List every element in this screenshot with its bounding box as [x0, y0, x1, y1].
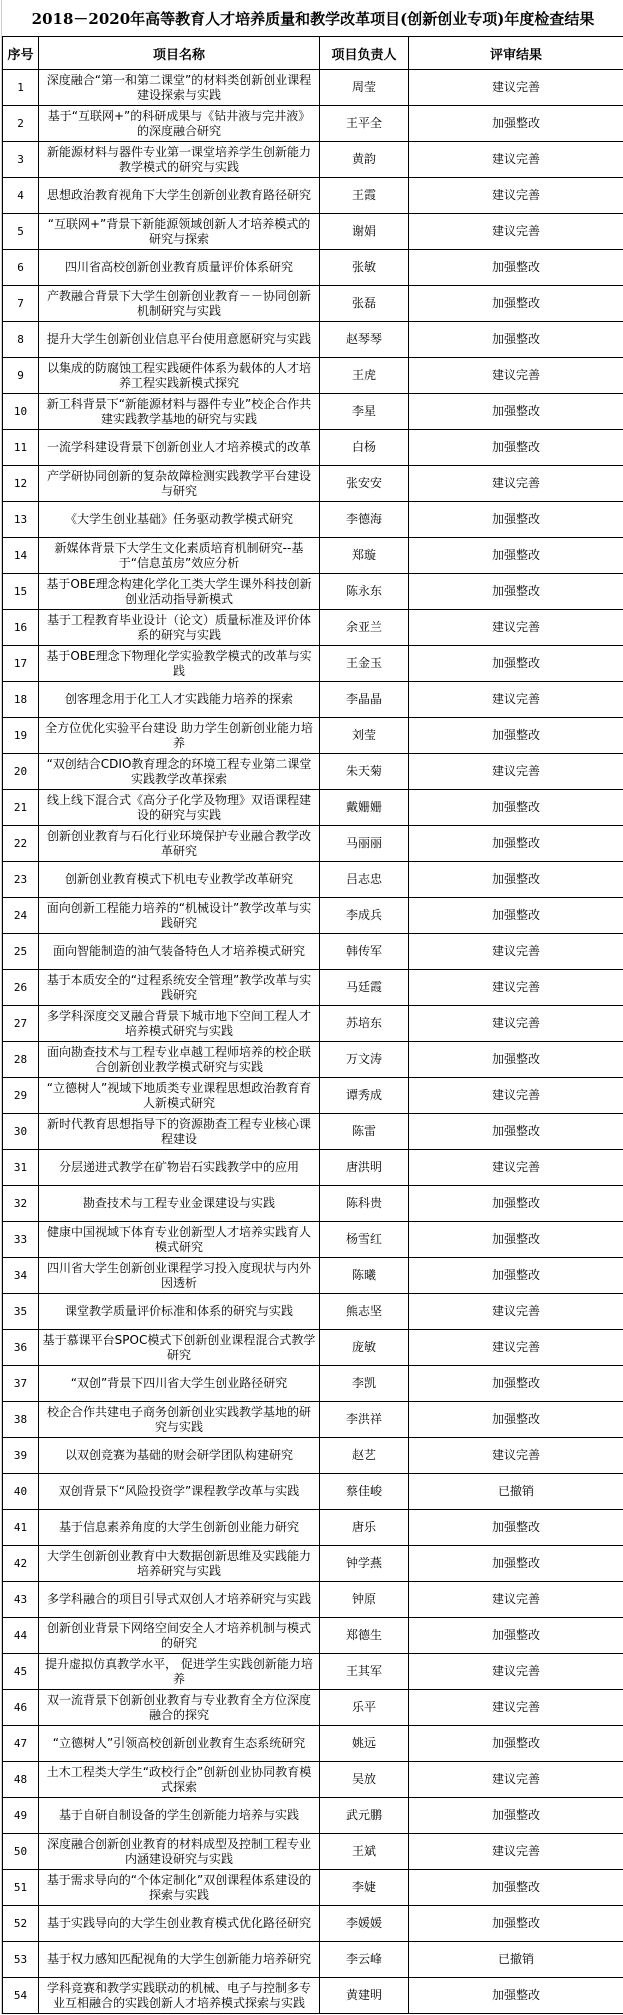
project-name: 深度融合创新创业教育的材料成型及控制工程专业内涵建设研究与实践 — [39, 1834, 320, 1870]
row-number: 16 — [3, 610, 39, 646]
project-leader: 李星 — [320, 394, 409, 430]
page-title: 2018－2020年高等教育人才培养质量和教学改革项目(创新创业专项)年度检查结… — [3, 0, 623, 37]
review-result: 加强整改 — [409, 1114, 623, 1150]
project-name: 面向创新工程能力培养的“机械设计”教学改革与实践研究 — [39, 898, 320, 934]
table-row: 21线上线下混合式《高分子化学及物理》双语课程建设的研究与实践戴姗姗加强整改 — [3, 790, 623, 826]
project-leader: 张敏 — [320, 250, 409, 286]
row-number: 45 — [3, 1654, 39, 1690]
project-leader: 王金玉 — [320, 646, 409, 682]
project-name: 勘查技术与工程专业金课建设与实践 — [39, 1186, 320, 1222]
table-body: 1深度融合“第一和第二课堂”的材料类创新创业课程建设探索与实践周莹建议完善2基于… — [3, 70, 623, 2014]
project-leader: 郑璇 — [320, 538, 409, 574]
row-number: 47 — [3, 1726, 39, 1762]
project-leader: 杨雪红 — [320, 1222, 409, 1258]
review-result: 加强整改 — [409, 106, 623, 142]
row-number: 38 — [3, 1402, 39, 1438]
project-name: 双创背景下“风险投资学”课程教学改革与实践 — [39, 1474, 320, 1510]
table-row: 46双一流背景下创新创业教育与专业教育全方位深度融合的探究乐平建议完善 — [3, 1690, 623, 1726]
project-name: “互联网+”背景下新能源领域创新人才培养模式的研究与探索 — [39, 214, 320, 250]
project-leader: 吕志忠 — [320, 862, 409, 898]
row-number: 50 — [3, 1834, 39, 1870]
table-row: 29“立德树人”视域下地质类专业课程思想政治教育育人新模式研究谭秀成建议完善 — [3, 1078, 623, 1114]
review-result: 建议完善 — [409, 1762, 623, 1798]
review-result: 建议完善 — [409, 70, 623, 106]
project-name: “双创结合CDIO教育理念的环境工程专业第二课堂实践教学改革探索 — [39, 754, 320, 790]
table-row: 14新媒体背景下大学生文化素质培育机制研究--基于“信息茧房”效应分析郑璇加强整… — [3, 538, 623, 574]
review-result: 建议完善 — [409, 610, 623, 646]
review-result: 建议完善 — [409, 466, 623, 502]
table-row: 7产教融合背景下大学生创新创业教育－－协同创新机制研究与实践张磊加强整改 — [3, 286, 623, 322]
review-result: 建议完善 — [409, 1150, 623, 1186]
row-number: 20 — [3, 754, 39, 790]
project-name: 基于信息素养角度的大学生创新创业能力研究 — [39, 1510, 320, 1546]
review-result: 建议完善 — [409, 1006, 623, 1042]
project-name: 线上线下混合式《高分子化学及物理》双语课程建设的研究与实践 — [39, 790, 320, 826]
project-leader: 王斌 — [320, 1834, 409, 1870]
table-row: 37“双创”背景下四川省大学生创业路径研究李凯加强整改 — [3, 1366, 623, 1402]
review-result: 建议完善 — [409, 178, 623, 214]
table-row: 41基于信息素养角度的大学生创新创业能力研究唐乐加强整改 — [3, 1510, 623, 1546]
project-name: 学科竞赛和教学实践联动的机械、电子与控制多专业互相融合的实践创新人才培养模式探索… — [39, 1978, 320, 2014]
table-row: 12产学研协同创新的复杂故障检测实践教学平台建设与研究张安安建议完善 — [3, 466, 623, 502]
table-row: 28面向勘查技术与工程专业卓越工程师培养的校企联合创新创业教学模式研究与实践万文… — [3, 1042, 623, 1078]
project-name: 《大学生创业基础》任务驱动教学模式研究 — [39, 502, 320, 538]
review-result: 加强整改 — [409, 1618, 623, 1654]
review-result: 加强整改 — [409, 1366, 623, 1402]
project-leader: 王其军 — [320, 1654, 409, 1690]
review-result: 加强整改 — [409, 1402, 623, 1438]
table-row: 13《大学生创业基础》任务驱动教学模式研究李德海加强整改 — [3, 502, 623, 538]
review-result: 加强整改 — [409, 826, 623, 862]
project-leader: 陈科贵 — [320, 1186, 409, 1222]
project-name: 大学生创新创业教育中大数据创新思维及实践能力培养研究与实践 — [39, 1546, 320, 1582]
table-row: 19全方位优化实验平台建设 助力学生创新创业能力培养刘莹加强整改 — [3, 718, 623, 754]
project-leader: 李晶晶 — [320, 682, 409, 718]
project-name: 提升大学生创新创业信息平台使用意愿研究与实践 — [39, 322, 320, 358]
project-leader: 唐乐 — [320, 1510, 409, 1546]
row-number: 17 — [3, 646, 39, 682]
project-leader: 马丽丽 — [320, 826, 409, 862]
project-leader: 李婕 — [320, 1870, 409, 1906]
row-number: 25 — [3, 934, 39, 970]
results-sheet: 2018－2020年高等教育人才培养质量和教学改革项目(创新创业专项)年度检查结… — [1, 0, 623, 2014]
review-result: 加强整改 — [409, 1042, 623, 1078]
review-result: 建议完善 — [409, 1294, 623, 1330]
review-result: 加强整改 — [409, 574, 623, 610]
table-row: 51基于需求导向的“个体定制化”双创课程体系建设的探索与实践李婕加强整改 — [3, 1870, 623, 1906]
row-number: 43 — [3, 1582, 39, 1618]
project-leader: 陈曦 — [320, 1258, 409, 1294]
row-number: 42 — [3, 1546, 39, 1582]
review-result: 已撤销 — [409, 1942, 623, 1978]
review-result: 加强整改 — [409, 1798, 623, 1834]
table-row: 35课堂教学质量评价标准和体系的研究与实践熊志坚建议完善 — [3, 1294, 623, 1330]
table-row: 33健康中国视域下体育专业创新型人才培养实践育人模式研究杨雪红加强整改 — [3, 1222, 623, 1258]
row-number: 2 — [3, 106, 39, 142]
project-name: 校企合作共建电子商务创新创业实践教学基地的研究与实践 — [39, 1402, 320, 1438]
table-row: 26基于本质安全的“过程系统安全管理”教学改革与实践研究马廷霞建议完善 — [3, 970, 623, 1006]
project-leader: 王虎 — [320, 358, 409, 394]
header-result: 评审结果 — [409, 37, 623, 70]
table-row: 27多学科深度交叉融合背景下城市地下空间工程人才培养模式研究与实践苏培东建议完善 — [3, 1006, 623, 1042]
project-leader: 赵琴琴 — [320, 322, 409, 358]
row-number: 48 — [3, 1762, 39, 1798]
row-number: 15 — [3, 574, 39, 610]
project-name: 多学科融合的项目引导式双创人才培养研究与实践 — [39, 1582, 320, 1618]
table-row: 42大学生创新创业教育中大数据创新思维及实践能力培养研究与实践钟学燕加强整改 — [3, 1546, 623, 1582]
project-leader: 李洪祥 — [320, 1402, 409, 1438]
row-number: 5 — [3, 214, 39, 250]
project-leader: 张安安 — [320, 466, 409, 502]
review-result: 加强整改 — [409, 502, 623, 538]
review-result: 加强整改 — [409, 646, 623, 682]
project-name: 基于本质安全的“过程系统安全管理”教学改革与实践研究 — [39, 970, 320, 1006]
project-name: 基于OBE理念构建化学化工类大学生课外科技创新创业活动指导新模式 — [39, 574, 320, 610]
project-name: 面向勘查技术与工程专业卓越工程师培养的校企联合创新创业教学模式研究与实践 — [39, 1042, 320, 1078]
review-result: 加强整改 — [409, 1906, 623, 1942]
row-number: 27 — [3, 1006, 39, 1042]
project-leader: 张磊 — [320, 286, 409, 322]
table-row: 24面向创新工程能力培养的“机械设计”教学改革与实践研究李成兵加强整改 — [3, 898, 623, 934]
row-number: 36 — [3, 1330, 39, 1366]
review-result: 建议完善 — [409, 142, 623, 178]
project-name: 新工科背景下“新能源材料与器件专业”校企合作共建实践教学基地的研究与实践 — [39, 394, 320, 430]
row-number: 28 — [3, 1042, 39, 1078]
project-leader: 李云峰 — [320, 1942, 409, 1978]
row-number: 4 — [3, 178, 39, 214]
row-number: 34 — [3, 1258, 39, 1294]
project-leader: 李凯 — [320, 1366, 409, 1402]
table-row: 50深度融合创新创业教育的材料成型及控制工程专业内涵建设研究与实践王斌建议完善 — [3, 1834, 623, 1870]
review-result: 加强整改 — [409, 1258, 623, 1294]
table-row: 32勘查技术与工程专业金课建设与实践陈科贵加强整改 — [3, 1186, 623, 1222]
project-leader: 朱天菊 — [320, 754, 409, 790]
review-result: 建议完善 — [409, 754, 623, 790]
project-leader: 王霞 — [320, 178, 409, 214]
table-row: 17基于OBE理念下物理化学实验教学模式的改革与实践王金玉加强整改 — [3, 646, 623, 682]
project-name: 基于自研自制设备的学生创新能力培养与实践 — [39, 1798, 320, 1834]
project-name: 提升虚拟仿真教学水平， 促进学生实践创新能力培养 — [39, 1654, 320, 1690]
review-result: 加强整改 — [409, 394, 623, 430]
review-result: 加强整改 — [409, 430, 623, 466]
review-result: 加强整改 — [409, 322, 623, 358]
header-leader: 项目负责人 — [320, 37, 409, 70]
row-number: 11 — [3, 430, 39, 466]
row-number: 40 — [3, 1474, 39, 1510]
project-name: 新媒体背景下大学生文化素质培育机制研究--基于“信息茧房”效应分析 — [39, 538, 320, 574]
row-number: 18 — [3, 682, 39, 718]
project-leader: 吴放 — [320, 1762, 409, 1798]
table-row: 3新能源材料与器件专业第一课堂培养学生创新能力教学模式的研究与实践黄韵建议完善 — [3, 142, 623, 178]
header-no: 序号 — [3, 37, 39, 70]
project-name: 基于OBE理念下物理化学实验教学模式的改革与实践 — [39, 646, 320, 682]
row-number: 22 — [3, 826, 39, 862]
row-number: 13 — [3, 502, 39, 538]
project-name: 面向智能制造的油气装备特色人才培养模式研究 — [39, 934, 320, 970]
table-row: 53基于权力感知匹配视角的大学生创新能力培养研究李云峰已撤销 — [3, 1942, 623, 1978]
review-result: 建议完善 — [409, 214, 623, 250]
project-leader: 王平全 — [320, 106, 409, 142]
project-name: 以集成的防腐蚀工程实践硬件体系为载体的人才培养工程实践新模式探究 — [39, 358, 320, 394]
project-leader: 熊志坚 — [320, 1294, 409, 1330]
table-row: 11一流学科建设背景下创新创业人才培养模式的改革白杨加强整改 — [3, 430, 623, 466]
table-row: 45提升虚拟仿真教学水平， 促进学生实践创新能力培养王其军建议完善 — [3, 1654, 623, 1690]
project-leader: 陈雷 — [320, 1114, 409, 1150]
review-result: 加强整改 — [409, 1186, 623, 1222]
review-result: 加强整改 — [409, 1978, 623, 2014]
table-row: 54学科竞赛和教学实践联动的机械、电子与控制多专业互相融合的实践创新人才培养模式… — [3, 1978, 623, 2014]
row-number: 32 — [3, 1186, 39, 1222]
review-result: 加强整改 — [409, 538, 623, 574]
project-leader: 郑德生 — [320, 1618, 409, 1654]
project-name: 产学研协同创新的复杂故障检测实践教学平台建设与研究 — [39, 466, 320, 502]
project-leader: 钟学燕 — [320, 1546, 409, 1582]
project-name: 多学科深度交叉融合背景下城市地下空间工程人才培养模式研究与实践 — [39, 1006, 320, 1042]
project-name: 深度融合“第一和第二课堂”的材料类创新创业课程建设探索与实践 — [39, 70, 320, 106]
project-leader: 马廷霞 — [320, 970, 409, 1006]
table-row: 36基于慕课平台SPOC模式下创新创业课程混合式教学研究庞敏建议完善 — [3, 1330, 623, 1366]
project-name: 创新创业教育与石化行业环境保护专业融合教学改革研究 — [39, 826, 320, 862]
project-leader: 李德海 — [320, 502, 409, 538]
review-result: 加强整改 — [409, 790, 623, 826]
review-result: 建议完善 — [409, 1078, 623, 1114]
project-leader: 白杨 — [320, 430, 409, 466]
row-number: 29 — [3, 1078, 39, 1114]
review-result: 加强整改 — [409, 250, 623, 286]
table-row: 16基于工程教育毕业设计（论文）质量标准及评价体系的研究与实践余亚兰建议完善 — [3, 610, 623, 646]
table-row: 40双创背景下“风险投资学”课程教学改革与实践蔡佳峻已撤销 — [3, 1474, 623, 1510]
project-name: 新时代教育思想指导下的资源勘查工程专业核心课程建设 — [39, 1114, 320, 1150]
project-leader: 谭秀成 — [320, 1078, 409, 1114]
row-number: 35 — [3, 1294, 39, 1330]
review-result: 加强整改 — [409, 862, 623, 898]
table-row: 34四川省大学生创新创业课程学习投入度现状与内外因透析陈曦加强整改 — [3, 1258, 623, 1294]
table-row: 31分层递进式教学在矿物岩石实践教学中的应用唐洪明建议完善 — [3, 1150, 623, 1186]
table-row: 25面向智能制造的油气装备特色人才培养模式研究韩传军建议完善 — [3, 934, 623, 970]
project-name: 双一流背景下创新创业教育与专业教育全方位深度融合的探究 — [39, 1690, 320, 1726]
table-row: 9以集成的防腐蚀工程实践硬件体系为载体的人才培养工程实践新模式探究王虎建议完善 — [3, 358, 623, 394]
row-number: 8 — [3, 322, 39, 358]
review-result: 建议完善 — [409, 1582, 623, 1618]
project-name: “立德树人”引领高校创新创业教育生态系统研究 — [39, 1726, 320, 1762]
project-name: 基于慕课平台SPOC模式下创新创业课程混合式教学研究 — [39, 1330, 320, 1366]
table-row: 38校企合作共建电子商务创新创业实践教学基地的研究与实践李洪祥加强整改 — [3, 1402, 623, 1438]
header-project-name: 项目名称 — [39, 37, 320, 70]
table-row: 39以双创竞赛为基础的财会研学团队构建研究赵艺建议完善 — [3, 1438, 623, 1474]
project-leader: 乐平 — [320, 1690, 409, 1726]
row-number: 44 — [3, 1618, 39, 1654]
review-result: 建议完善 — [409, 682, 623, 718]
project-name: 以双创竞赛为基础的财会研学团队构建研究 — [39, 1438, 320, 1474]
project-leader: 余亚兰 — [320, 610, 409, 646]
row-number: 24 — [3, 898, 39, 934]
table-row: 4思想政治教育视角下大学生创新创业教育路径研究王霞建议完善 — [3, 178, 623, 214]
row-number: 10 — [3, 394, 39, 430]
row-number: 12 — [3, 466, 39, 502]
row-number: 39 — [3, 1438, 39, 1474]
table-row: 30新时代教育思想指导下的资源勘查工程专业核心课程建设陈雷加强整改 — [3, 1114, 623, 1150]
row-number: 1 — [3, 70, 39, 106]
title-row: 2018－2020年高等教育人才培养质量和教学改革项目(创新创业专项)年度检查结… — [3, 0, 623, 37]
table-row: 48土木工程类大学生“政校行企”创新创业协同教育模式探索吴放建议完善 — [3, 1762, 623, 1798]
table-row: 43多学科融合的项目引导式双创人才培养研究与实践钟原建议完善 — [3, 1582, 623, 1618]
row-number: 54 — [3, 1978, 39, 2014]
project-name: 创客理念用于化工人才实践能力培养的探索 — [39, 682, 320, 718]
project-leader: 刘莹 — [320, 718, 409, 754]
project-name: 分层递进式教学在矿物岩石实践教学中的应用 — [39, 1150, 320, 1186]
project-name: 四川省高校创新创业教育质量评价体系研究 — [39, 250, 320, 286]
project-name: 创新创业背景下网络空间安全人才培养机制与模式的研究 — [39, 1618, 320, 1654]
review-result: 加强整改 — [409, 1870, 623, 1906]
project-leader: 李成兵 — [320, 898, 409, 934]
row-number: 51 — [3, 1870, 39, 1906]
review-result: 加强整改 — [409, 1510, 623, 1546]
review-result: 加强整改 — [409, 1726, 623, 1762]
project-name: 基于实践导向的大学生创业教育模式优化路径研究 — [39, 1906, 320, 1942]
table-row: 15基于OBE理念构建化学化工类大学生课外科技创新创业活动指导新模式陈永东加强整… — [3, 574, 623, 610]
project-name: 产教融合背景下大学生创新创业教育－－协同创新机制研究与实践 — [39, 286, 320, 322]
table-row: 2基于“互联网+”的科研成果与《钻井液与完井液》的深度融合研究王平全加强整改 — [3, 106, 623, 142]
project-leader: 姚远 — [320, 1726, 409, 1762]
project-leader: 李媛媛 — [320, 1906, 409, 1942]
review-result: 加强整改 — [409, 1546, 623, 1582]
project-name: 基于“互联网+”的科研成果与《钻井液与完井液》的深度融合研究 — [39, 106, 320, 142]
row-number: 41 — [3, 1510, 39, 1546]
table-row: 6四川省高校创新创业教育质量评价体系研究张敏加强整改 — [3, 250, 623, 286]
row-number: 30 — [3, 1114, 39, 1150]
table-row: 23创新创业教育模式下机电专业教学改革研究吕志忠加强整改 — [3, 862, 623, 898]
project-leader: 戴姗姗 — [320, 790, 409, 826]
project-leader: 唐洪明 — [320, 1150, 409, 1186]
table-row: 1深度融合“第一和第二课堂”的材料类创新创业课程建设探索与实践周莹建议完善 — [3, 70, 623, 106]
review-result: 已撤销 — [409, 1474, 623, 1510]
project-leader: 武元鹏 — [320, 1798, 409, 1834]
row-number: 31 — [3, 1150, 39, 1186]
review-result: 建议完善 — [409, 358, 623, 394]
table-row: 22创新创业教育与石化行业环境保护专业融合教学改革研究马丽丽加强整改 — [3, 826, 623, 862]
row-number: 7 — [3, 286, 39, 322]
review-result: 建议完善 — [409, 1690, 623, 1726]
review-result: 建议完善 — [409, 934, 623, 970]
project-leader: 万文涛 — [320, 1042, 409, 1078]
review-result: 建议完善 — [409, 970, 623, 1006]
row-number: 52 — [3, 1906, 39, 1942]
project-name: 思想政治教育视角下大学生创新创业教育路径研究 — [39, 178, 320, 214]
row-number: 23 — [3, 862, 39, 898]
row-number: 3 — [3, 142, 39, 178]
table-row: 8提升大学生创新创业信息平台使用意愿研究与实践赵琴琴加强整改 — [3, 322, 623, 358]
table-row: 47“立德树人”引领高校创新创业教育生态系统研究姚远加强整改 — [3, 1726, 623, 1762]
results-table: 2018－2020年高等教育人才培养质量和教学改革项目(创新创业专项)年度检查结… — [2, 0, 623, 2014]
project-name: 健康中国视域下体育专业创新型人才培养实践育人模式研究 — [39, 1222, 320, 1258]
row-number: 21 — [3, 790, 39, 826]
project-leader: 谢娟 — [320, 214, 409, 250]
table-row: 18创客理念用于化工人才实践能力培养的探索李晶晶建议完善 — [3, 682, 623, 718]
row-number: 26 — [3, 970, 39, 1006]
row-number: 33 — [3, 1222, 39, 1258]
project-leader: 陈永东 — [320, 574, 409, 610]
project-name: “立德树人”视域下地质类专业课程思想政治教育育人新模式研究 — [39, 1078, 320, 1114]
project-name: 土木工程类大学生“政校行企”创新创业协同教育模式探索 — [39, 1762, 320, 1798]
project-name: 基于需求导向的“个体定制化”双创课程体系建设的探索与实践 — [39, 1870, 320, 1906]
project-name: “双创”背景下四川省大学生创业路径研究 — [39, 1366, 320, 1402]
row-number: 53 — [3, 1942, 39, 1978]
project-name: 创新创业教育模式下机电专业教学改革研究 — [39, 862, 320, 898]
review-result: 加强整改 — [409, 898, 623, 934]
review-result: 加强整改 — [409, 718, 623, 754]
project-leader: 韩传军 — [320, 934, 409, 970]
review-result: 加强整改 — [409, 1222, 623, 1258]
header-row: 序号 项目名称 项目负责人 评审结果 — [3, 37, 623, 70]
project-leader: 黄建明 — [320, 1978, 409, 2014]
review-result: 建议完善 — [409, 1438, 623, 1474]
project-name: 新能源材料与器件专业第一课堂培养学生创新能力教学模式的研究与实践 — [39, 142, 320, 178]
row-number: 19 — [3, 718, 39, 754]
review-result: 建议完善 — [409, 1834, 623, 1870]
project-leader: 黄韵 — [320, 142, 409, 178]
project-leader: 蔡佳峻 — [320, 1474, 409, 1510]
row-number: 49 — [3, 1798, 39, 1834]
table-row: 20“双创结合CDIO教育理念的环境工程专业第二课堂实践教学改革探索朱天菊建议完… — [3, 754, 623, 790]
review-result: 加强整改 — [409, 286, 623, 322]
table-row: 44创新创业背景下网络空间安全人才培养机制与模式的研究郑德生加强整改 — [3, 1618, 623, 1654]
project-name: 四川省大学生创新创业课程学习投入度现状与内外因透析 — [39, 1258, 320, 1294]
table-row: 52基于实践导向的大学生创业教育模式优化路径研究李媛媛加强整改 — [3, 1906, 623, 1942]
row-number: 6 — [3, 250, 39, 286]
row-number: 46 — [3, 1690, 39, 1726]
project-leader: 苏培东 — [320, 1006, 409, 1042]
row-number: 37 — [3, 1366, 39, 1402]
project-leader: 庞敏 — [320, 1330, 409, 1366]
project-name: 一流学科建设背景下创新创业人才培养模式的改革 — [39, 430, 320, 466]
project-leader: 周莹 — [320, 70, 409, 106]
table-row: 49基于自研自制设备的学生创新能力培养与实践武元鹏加强整改 — [3, 1798, 623, 1834]
table-row: 5“互联网+”背景下新能源领域创新人才培养模式的研究与探索谢娟建议完善 — [3, 214, 623, 250]
project-leader: 赵艺 — [320, 1438, 409, 1474]
review-result: 建议完善 — [409, 1330, 623, 1366]
project-leader: 钟原 — [320, 1582, 409, 1618]
project-name: 课堂教学质量评价标准和体系的研究与实践 — [39, 1294, 320, 1330]
project-name: 基于工程教育毕业设计（论文）质量标准及评价体系的研究与实践 — [39, 610, 320, 646]
row-number: 14 — [3, 538, 39, 574]
project-name: 基于权力感知匹配视角的大学生创新能力培养研究 — [39, 1942, 320, 1978]
project-name: 全方位优化实验平台建设 助力学生创新创业能力培养 — [39, 718, 320, 754]
row-number: 9 — [3, 358, 39, 394]
table-row: 10新工科背景下“新能源材料与器件专业”校企合作共建实践教学基地的研究与实践李星… — [3, 394, 623, 430]
review-result: 建议完善 — [409, 1654, 623, 1690]
